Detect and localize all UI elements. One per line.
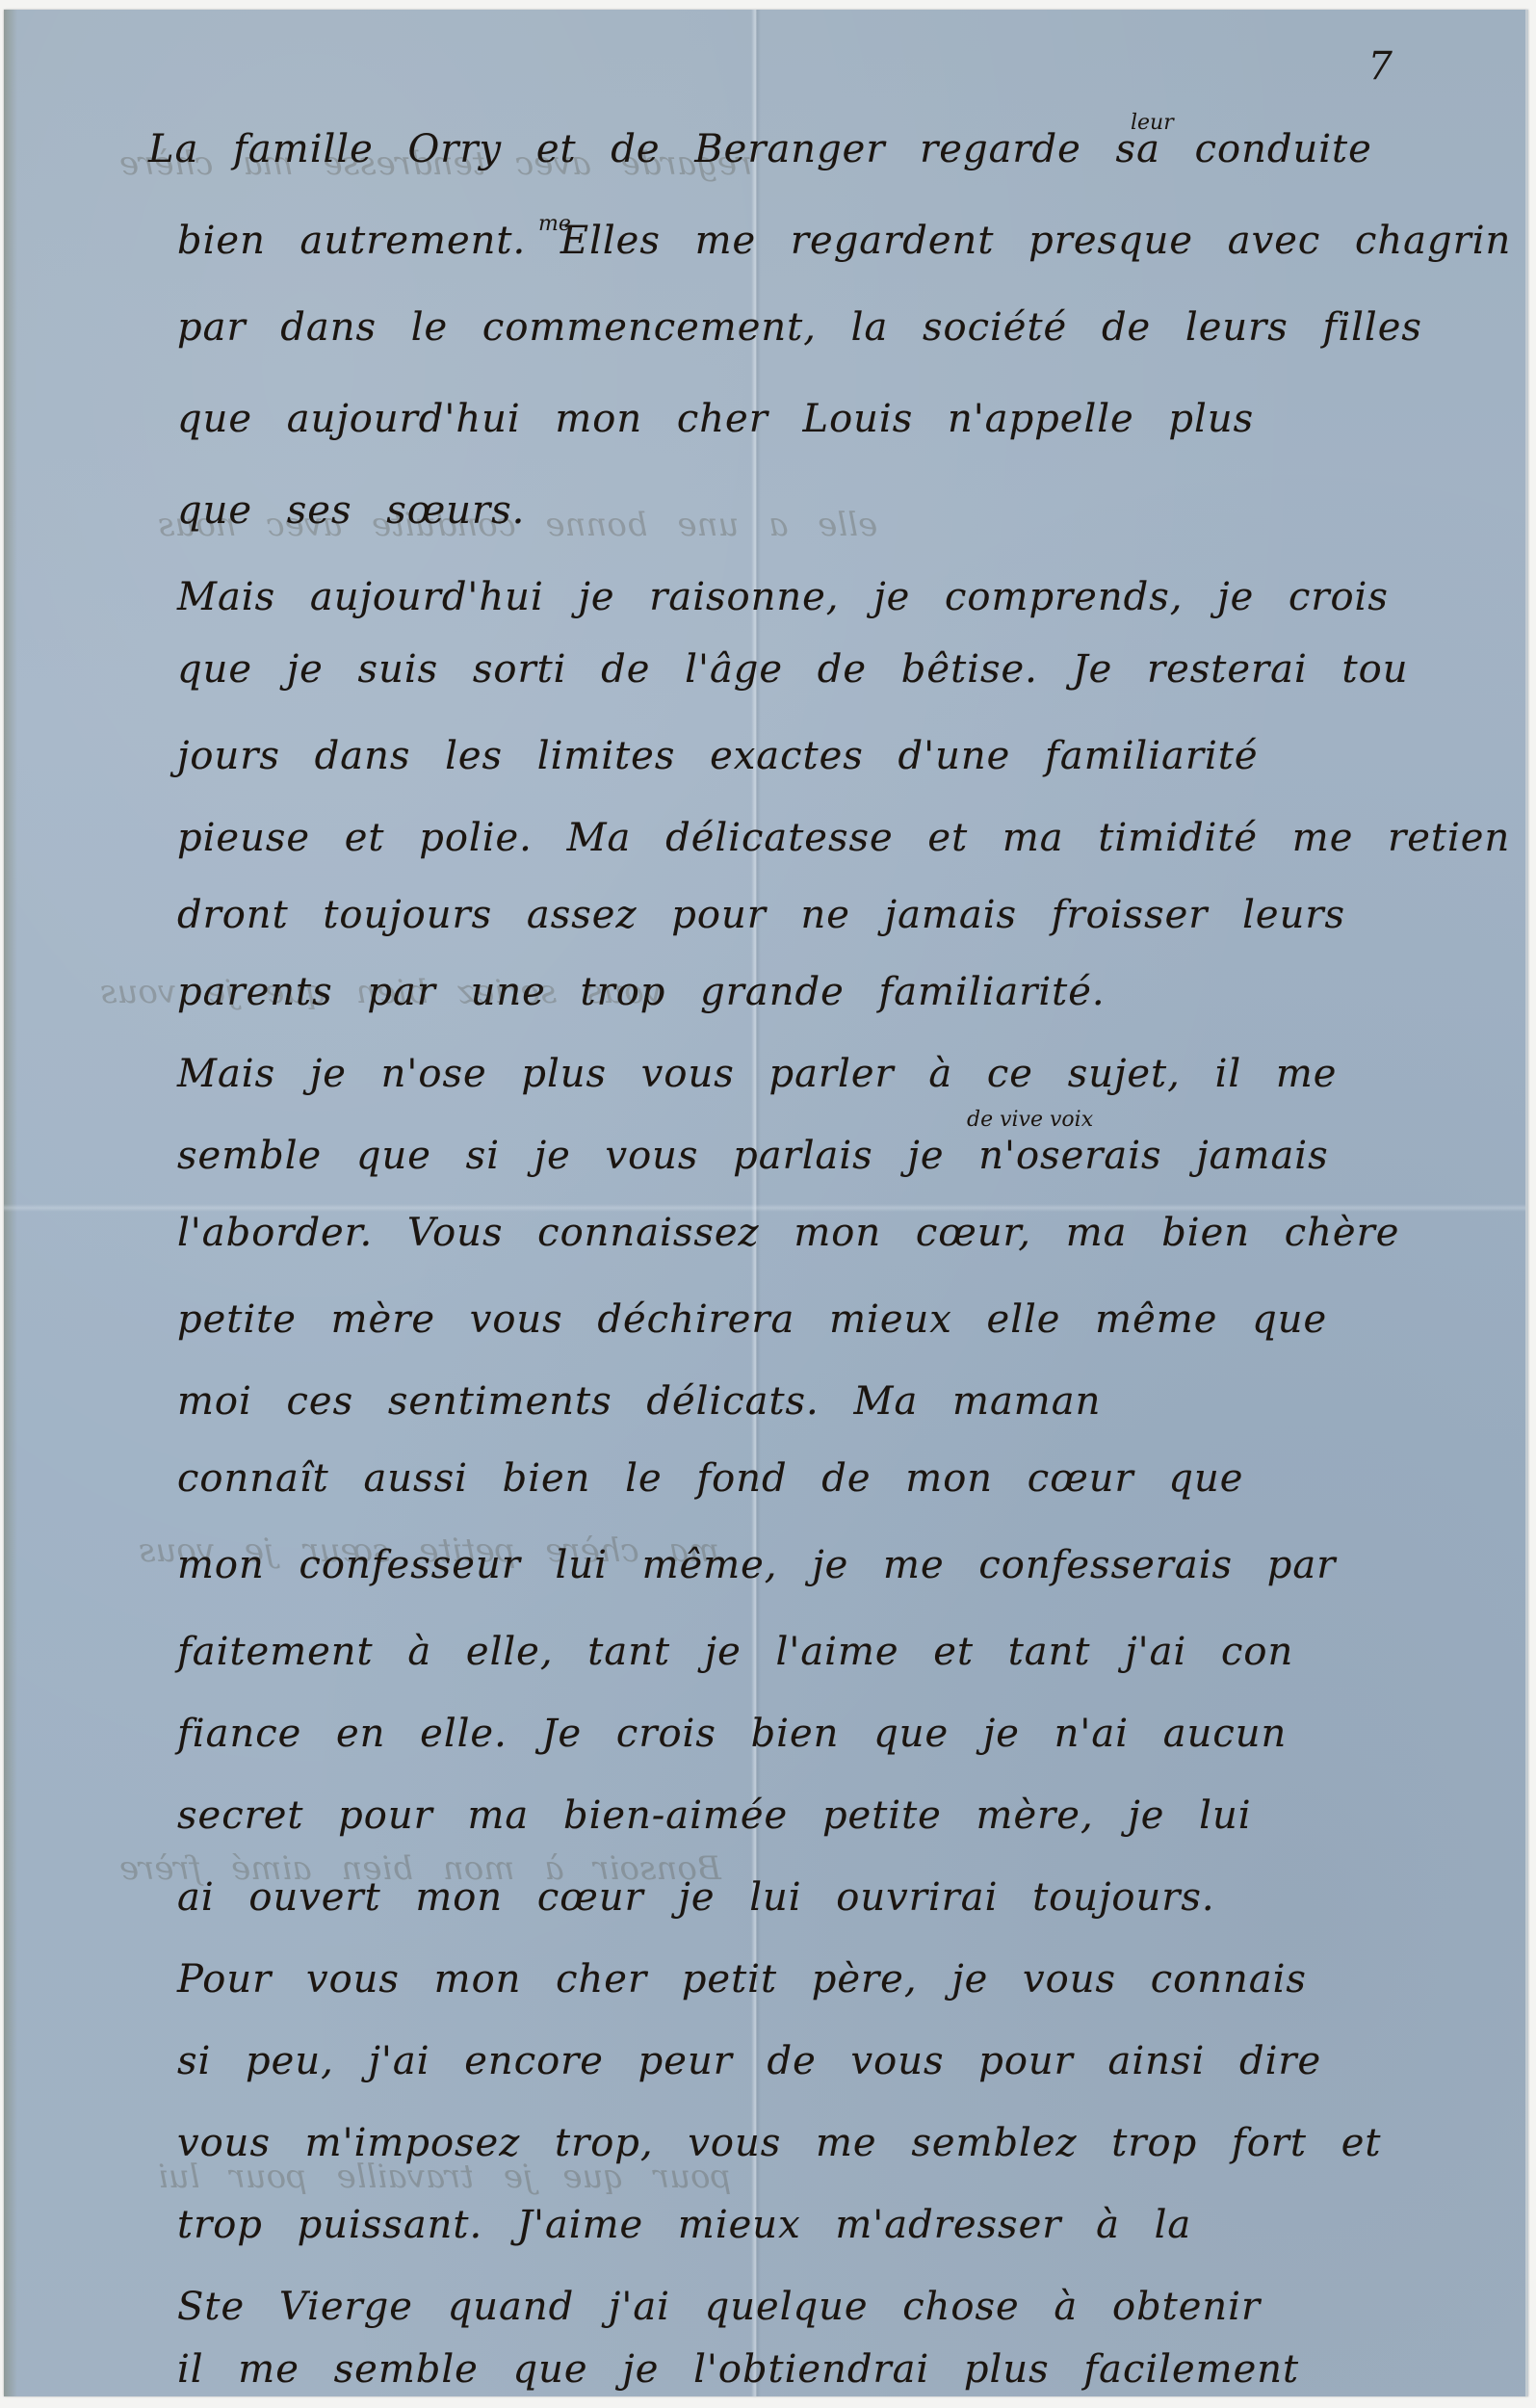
letter-line: que aujourd'hui mon cher Louis n'appelle… xyxy=(177,390,1458,448)
letter-line: Mais aujourd'hui je raisonne, je compren… xyxy=(177,568,1458,626)
letter-line: mon confesseur lui même, je me confesser… xyxy=(177,1536,1458,1594)
letter-sheet: regarde avec tendresse ma chère elle a u… xyxy=(4,10,1528,2396)
letter-line: que ses sœurs. xyxy=(177,482,1458,539)
letter-line: par dans le commencement, la société de … xyxy=(177,299,1458,356)
letter-line: trop puissant. J'aime mieux m'adresser à… xyxy=(177,2196,1458,2254)
letter-line: moi ces sentiments délicats. Ma maman xyxy=(177,1373,1458,1430)
letter-body: La famille Orry et de Beranger regarde s… xyxy=(4,10,1525,2396)
scan-background: regarde avec tendresse ma chère elle a u… xyxy=(0,0,1536,2408)
letter-line: connaît aussi bien le fond de mon cœur q… xyxy=(177,1450,1458,1507)
letter-line: vous m'imposez trop, vous me semblez tro… xyxy=(177,2114,1458,2172)
letter-line: jours dans les limites exactes d'une fam… xyxy=(177,727,1458,785)
letter-line: La famille Orry et de Beranger regarde s… xyxy=(148,120,1458,178)
letter-line: dront toujours assez pour ne jamais froi… xyxy=(177,886,1458,944)
letter-line: il me semble que je l'obtiendrai plus fa… xyxy=(177,2341,1458,2398)
letter-line: Ste Vierge quand j'ai quelque chose à ob… xyxy=(177,2278,1458,2336)
letter-line: petite mère vous déchirera mieux elle mê… xyxy=(177,1291,1458,1348)
letter-line: l'aborder. Vous connaissez mon cœur, ma … xyxy=(177,1204,1458,1262)
letter-line: pieuse et polie. Ma délicatesse et ma ti… xyxy=(177,809,1458,867)
letter-line: Pour vous mon cher petit père, je vous c… xyxy=(177,1950,1458,2008)
letter-line: faitement à elle, tant je l'aime et tant… xyxy=(177,1623,1458,1681)
letter-line: ai ouvert mon cœur je lui ouvrirai toujo… xyxy=(177,1869,1458,1926)
letter-line: secret pour ma bien-aimée petite mère, j… xyxy=(177,1787,1458,1845)
letter-line: Mais je n'ose plus vous parler à ce suje… xyxy=(177,1045,1458,1103)
letter-line: fiance en elle. Je crois bien que je n'a… xyxy=(177,1705,1458,1763)
letter-line: que je suis sorti de l'âge de bêtise. Je… xyxy=(177,641,1458,698)
letter-line: semble que si je vous parlais je n'osera… xyxy=(177,1127,1458,1185)
letter-line: si peu, j'ai encore peur de vous pour ai… xyxy=(177,2032,1458,2090)
letter-line: parents par une trop grande familiarité. xyxy=(177,963,1458,1021)
letter-line: bien autrement. Elles me regardent presq… xyxy=(177,212,1458,270)
